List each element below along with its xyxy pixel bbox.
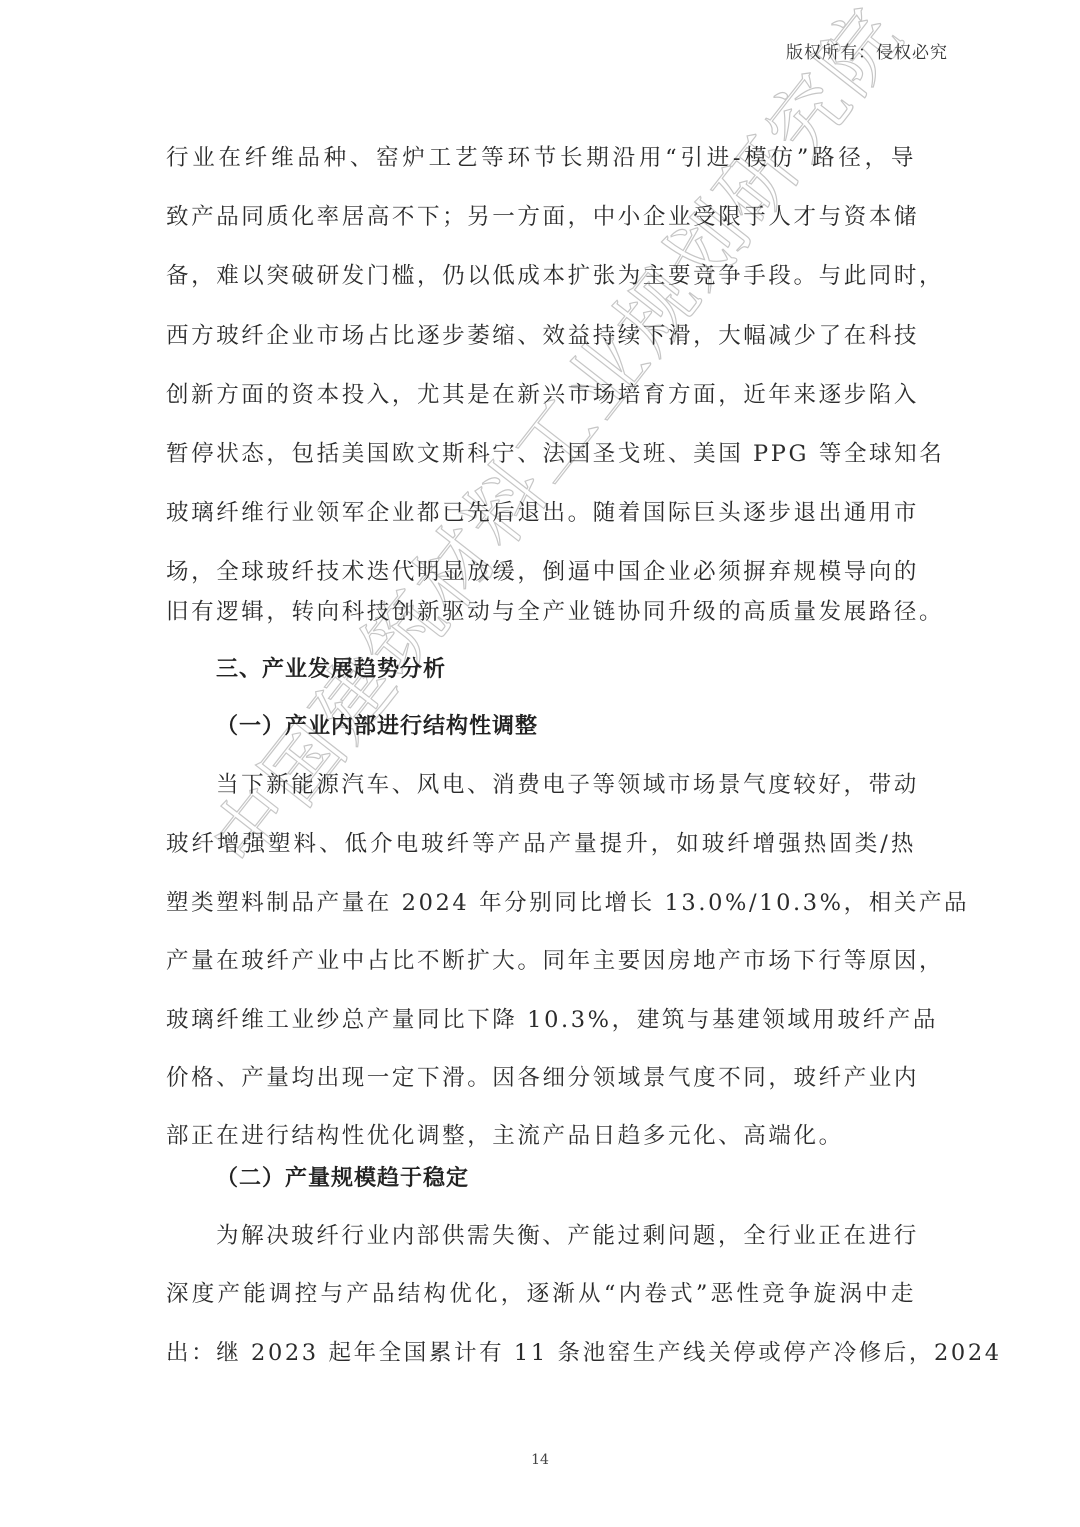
- body-line: 深度产能调控与产品结构优化，逐渐从“内卷式”恶性竞争旋涡中走: [166, 1279, 916, 1309]
- body-line: 暂停状态，包括美国欧文斯科宁、法国圣戈班、美国 PPG 等全球知名: [166, 439, 916, 469]
- body-line: 产量在玻纤产业中占比不断扩大。同年主要因房地产市场下行等原因，: [166, 946, 916, 976]
- body-line: 行业在纤维品种、窑炉工艺等环节长期沿用“引进-模仿”路径，导: [166, 143, 916, 173]
- body-line: 玻璃纤维工业纱总产量同比下降 10.3%，建筑与基建领域用玻纤产品: [166, 1005, 916, 1035]
- body-line: 当下新能源汽车、风电、消费电子等领域市场景气度较好，带动: [216, 770, 916, 800]
- subsection-heading: （二）产量规模趋于稳定: [216, 1164, 469, 1194]
- body-line: 出：继 2023 起年全国累计有 11 条池窑生产线关停或停产冷修后，2024: [166, 1338, 916, 1368]
- copyright-header: 版权所有：侵权必究: [786, 38, 948, 63]
- body-line: 玻璃纤维行业领军企业都已先后退出。随着国际巨头逐步退出通用市: [166, 498, 916, 528]
- body-line: 西方玻纤企业市场占比逐步萎缩、效益持续下滑，大幅减少了在科技: [166, 321, 916, 351]
- body-line: 旧有逻辑，转向科技创新驱动与全产业链协同升级的高质量发展路径。: [166, 597, 916, 627]
- body-line: 备，难以突破研发门槛，仍以低成本扩张为主要竞争手段。与此同时，: [166, 261, 916, 291]
- body-line: 创新方面的资本投入，尤其是在新兴市场培育方面，近年来逐步陷入: [166, 380, 916, 410]
- subsection-heading: （一）产业内部进行结构性调整: [216, 712, 538, 742]
- body-line: 致产品同质化率居高不下；另一方面，中小企业受限于人才与资本储: [166, 202, 916, 232]
- body-line: 为解决玻纤行业内部供需失衡、产能过剩问题，全行业正在进行: [216, 1221, 916, 1251]
- body-line: 部正在进行结构性优化调整，主流产品日趋多元化、高端化。: [166, 1121, 916, 1151]
- body-line: 价格、产量均出现一定下滑。因各细分领域景气度不同，玻纤产业内: [166, 1063, 916, 1093]
- body-line: 玻纤增强塑料、低介电玻纤等产品产量提升，如玻纤增强热固类/热: [166, 829, 916, 859]
- section-heading: 三、产业发展趋势分析: [216, 655, 446, 685]
- body-line: 塑类塑料制品产量在 2024 年分别同比增长 13.0%/10.3%，相关产品: [166, 888, 916, 918]
- page-number: 14: [0, 1452, 1080, 1468]
- body-line: 场，全球玻纤技术迭代明显放缓，倒逼中国企业必须摒弃规模导向的: [166, 557, 916, 587]
